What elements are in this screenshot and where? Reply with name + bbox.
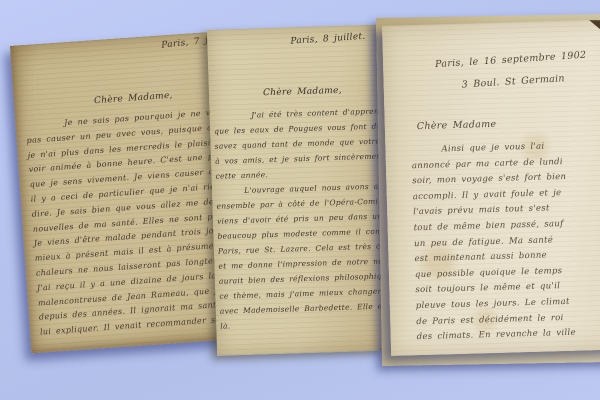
left-letter-salutation: Chère Madame, [94,91,173,106]
right-letter-body: Ainsi que je vous l'aiannoncé par ma car… [411,137,600,346]
right-letter-salutation: Chère Madame [417,119,497,132]
photo-background: Paris, 7 juillet. Chère Madame, Je ne sa… [0,0,600,400]
middle-letter-salutation: Chère Madame, [263,86,342,98]
middle-letter-sheet: Paris, 8 juillet. Chère Madame, J'ai été… [207,25,387,356]
middle-letter-dateline: Paris, 8 juillet. [290,32,366,47]
middle-letter-body: J'ai été très content d'apprendreque les… [213,104,386,334]
right-letter-sheet: Paris, le 16 septembre 1902 3 Boul. St G… [382,19,600,356]
right-letter-address: 3 Boul. St Germain [461,73,565,90]
folded-corner-icon [589,20,600,29]
right-letter-dateline: Paris, le 16 septembre 1902 [435,50,587,70]
